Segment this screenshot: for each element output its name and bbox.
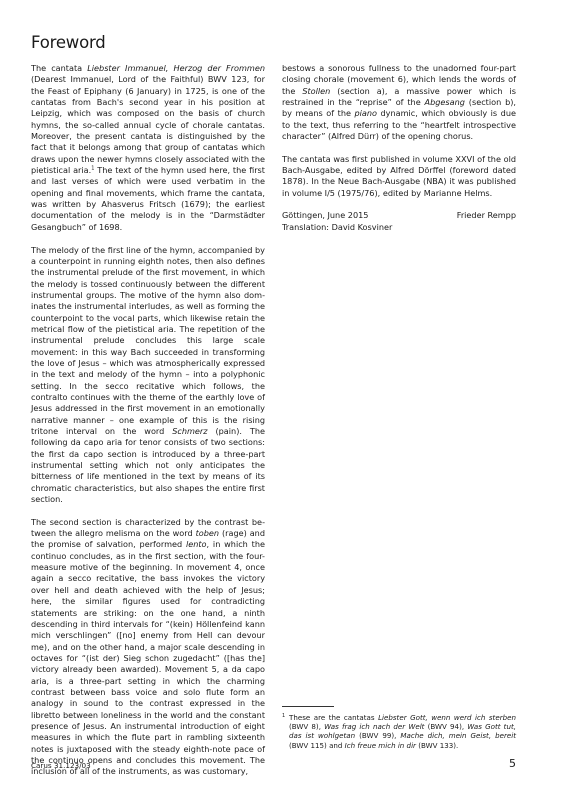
footnote-text: These are the cantatas Liebster Gott, we… [282, 713, 516, 750]
paragraph-closing-chorale: bestows a sonorous fullness to the unado… [282, 63, 516, 142]
page-number: 5 [509, 757, 516, 770]
text: (BWV 94), [424, 722, 467, 731]
cantata-title: Liebster Immanuel, Herzog der Frommen [87, 63, 265, 73]
text: The text of the hymn used here, the firs… [31, 165, 265, 232]
text: , in which the continuo concludes, as in… [31, 539, 265, 776]
text: (BWV 115) and [289, 741, 345, 750]
translation-credit: Translation: David Kosviner [282, 222, 516, 233]
emphasis-word: lento [186, 539, 207, 549]
cantata-title: Liebster Gott, wenn werd ich sterben [378, 713, 516, 722]
emphasis-word: Stollen [302, 86, 330, 96]
text: (BWV 8), [289, 722, 324, 731]
emphasis-word: piano [354, 108, 377, 118]
footnote-mark: 1 [282, 712, 285, 721]
cantata-title: Ich freue mich in dir [345, 741, 416, 750]
right-column: bestows a sonorous fullness to the unado… [282, 63, 516, 233]
page-title: Foreword [31, 33, 106, 52]
paragraph-publication: The cantata was first published in volum… [282, 154, 516, 199]
footnote: 1 These are the cantatas Liebster Gott, … [282, 713, 516, 750]
paragraph-intro: The cantata Liebster Immanuel, Herzog de… [31, 63, 265, 233]
paragraph-melody: The melody of the first line of the hymn… [31, 245, 265, 506]
text: The melody of the first line of the hymn… [31, 245, 265, 437]
text: (Dearest Immanuel, Lord of the Faithful)… [31, 74, 265, 175]
catalog-number: Carus 31.123/03 [31, 761, 91, 770]
cantata-title: Mache dich, mein Geist, bereit [400, 731, 516, 740]
text: The cantata [31, 63, 87, 73]
emphasis-word: Schmerz [172, 426, 207, 436]
left-column: The cantata Liebster Immanuel, Herzog de… [31, 63, 265, 789]
signature-block: Göttingen, June 2015 Frieder Rempp Trans… [282, 210, 516, 233]
text: (BWV 99), [355, 731, 400, 740]
footnote-divider [282, 706, 334, 707]
signature-line: Göttingen, June 2015 Frieder Rempp [282, 210, 516, 221]
paragraph-second-section: The second section is characterized by t… [31, 517, 265, 778]
text: (pain). The following da capo aria for t… [31, 426, 265, 504]
text: (BWV 133). [416, 741, 458, 750]
place-date: Göttingen, June 2015 [282, 210, 368, 221]
emphasis-word: toben [196, 528, 219, 538]
cantata-title: Was frag ich nach der Welt [324, 722, 424, 731]
text: These are the cantatas [289, 713, 378, 722]
emphasis-word: Abgesang [425, 97, 465, 107]
author-name: Frieder Rempp [457, 210, 516, 221]
